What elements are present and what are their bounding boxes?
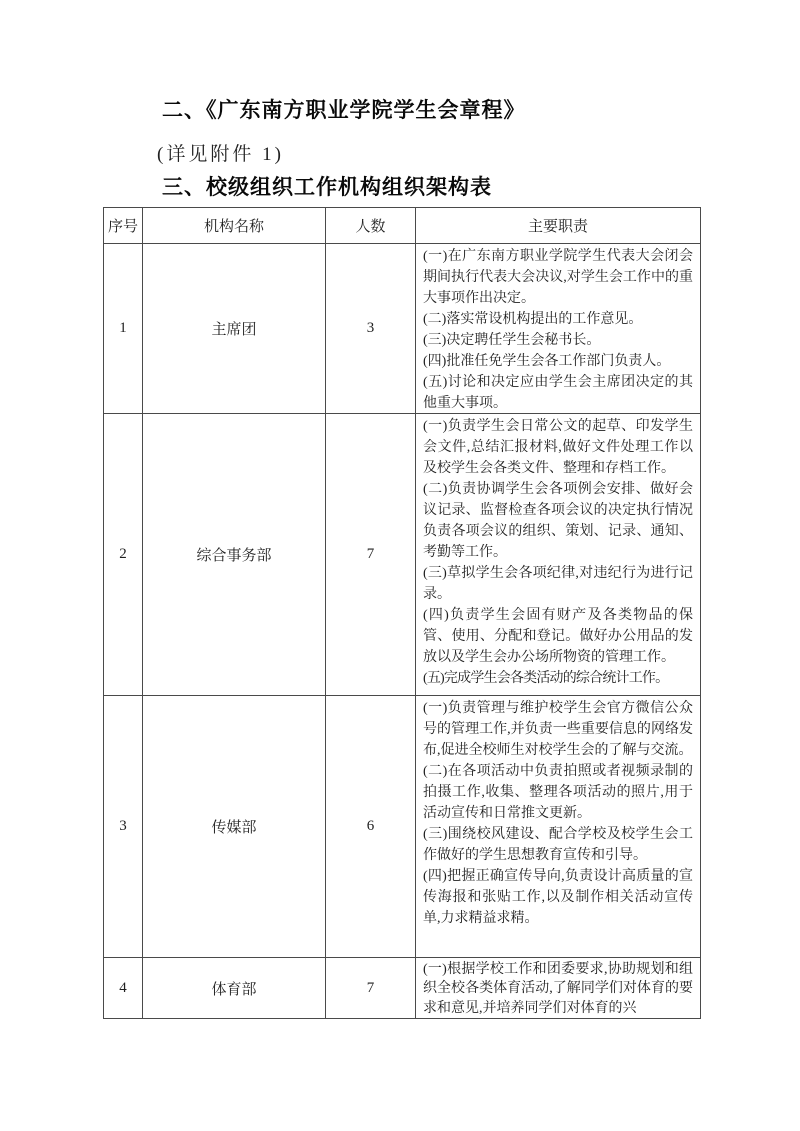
section-heading-charter: 二、《广东南方职业学院学生会章程》 [162,98,526,124]
duty-item: (四)把握正确宣传导向,负责设计高质量的宣传海报和张贴工作,以及制作相关活动宣传… [423,866,693,929]
duty-item: (一)在广东南方职业学院学生代表大会闭会期间执行代表大会决议,对学生会工作中的重… [423,246,693,309]
row-index: 3 [104,696,143,958]
duties-list: (一)负责管理与维护校学生会官方微信公众号的管理工作,并负责一些重要信息的网络发… [416,696,700,956]
member-count: 3 [326,244,416,414]
duty-item: (五)完成学生会各类活动的综合统计工作。 [423,668,693,689]
duties-list: (一)根据学校工作和团委要求,协助规划和组织全校各类体育活动,了解同学们对体育的… [416,958,700,1016]
table-header-row: 序号 机构名称 人数 主要职责 [104,208,701,244]
org-name: 主席团 [143,244,326,414]
duty-item: (三)围绕校风建设、配合学校及校学生会工作做好的学生思想教育宣传和引导。 [423,824,693,866]
duties-list: (一)在广东南方职业学院学生代表大会闭会期间执行代表大会决议,对学生会工作中的重… [416,244,700,412]
col-header-member-count: 人数 [326,208,416,244]
duty-item: (二)负责协调学生会各项例会安排、做好会议记录、监督检查各项会议的决定执行情况负… [423,479,693,563]
table-row-media: 3 传媒部 6 (一)负责管理与维护校学生会官方微信公众号的管理工作,并负责一些… [104,696,701,958]
org-name: 传媒部 [143,696,326,958]
col-header-index: 序号 [104,208,143,244]
duties-cell: (一)负责管理与维护校学生会官方微信公众号的管理工作,并负责一些重要信息的网络发… [416,696,701,958]
duty-item: (一)负责学生会日常公文的起草、印发学生会文件,总结汇报材料,做好文件处理工作以… [423,416,693,479]
org-structure-table: 序号 机构名称 人数 主要职责 1 主席团 3 (一)在广东南方职业学院学生代表… [103,207,701,1019]
duties-cell: (一)在广东南方职业学院学生代表大会闭会期间执行代表大会决议,对学生会工作中的重… [416,244,701,414]
member-count: 7 [326,958,416,1019]
org-name: 综合事务部 [143,414,326,696]
col-header-duties: 主要职责 [416,208,701,244]
duty-item: (一)负责管理与维护校学生会官方微信公众号的管理工作,并负责一些重要信息的网络发… [423,698,693,761]
member-count: 7 [326,414,416,696]
duty-item: (一)根据学校工作和团委要求,协助规划和组织全校各类体育活动,了解同学们对体育的… [423,960,693,1016]
duty-item: (二)在各项活动中负责拍照或者视频录制的拍摄工作,收集、整理各项活动的照片,用于… [423,761,693,824]
duty-item: (五)讨论和决定应由学生会主席团决定的其他重大事项。 [423,372,693,412]
row-index: 4 [104,958,143,1019]
duty-item: (四)批准任免学生会各工作部门负责人。 [423,351,693,372]
duties-list: (一)负责学生会日常公文的起草、印发学生会文件,总结汇报材料,做好文件处理工作以… [416,414,700,694]
col-header-org-name: 机构名称 [143,208,326,244]
row-index: 2 [104,414,143,696]
duty-item: (二)落实常设机构提出的工作意见。 [423,309,693,330]
duties-cell: (一)根据学校工作和团委要求,协助规划和组织全校各类体育活动,了解同学们对体育的… [416,958,701,1019]
duties-cell: (一)负责学生会日常公文的起草、印发学生会文件,总结汇报材料,做好文件处理工作以… [416,414,701,696]
table-row-presidium: 1 主席团 3 (一)在广东南方职业学院学生代表大会闭会期间执行代表大会决议,对… [104,244,701,414]
duty-item: (四)负责学生会固有财产及各类物品的保管、使用、分配和登记。做好办公用品的发放以… [423,605,693,668]
attachment-note: (详见附件 1) [157,139,284,166]
document-page: 二、《广东南方职业学院学生会章程》 (详见附件 1) 三、校级组织工作机构组织架… [0,0,800,1131]
duty-item: (三)草拟学生会各项纪律,对违纪行为进行记录。 [423,563,693,605]
org-name: 体育部 [143,958,326,1019]
section-heading-org-table: 三、校级组织工作机构组织架构表 [162,175,492,201]
member-count: 6 [326,696,416,958]
row-index: 1 [104,244,143,414]
table-row-general-affairs: 2 综合事务部 7 (一)负责学生会日常公文的起草、印发学生会文件,总结汇报材料… [104,414,701,696]
table-row-sports: 4 体育部 7 (一)根据学校工作和团委要求,协助规划和组织全校各类体育活动,了… [104,958,701,1019]
duty-item: (三)决定聘任学生会秘书长。 [423,330,693,351]
